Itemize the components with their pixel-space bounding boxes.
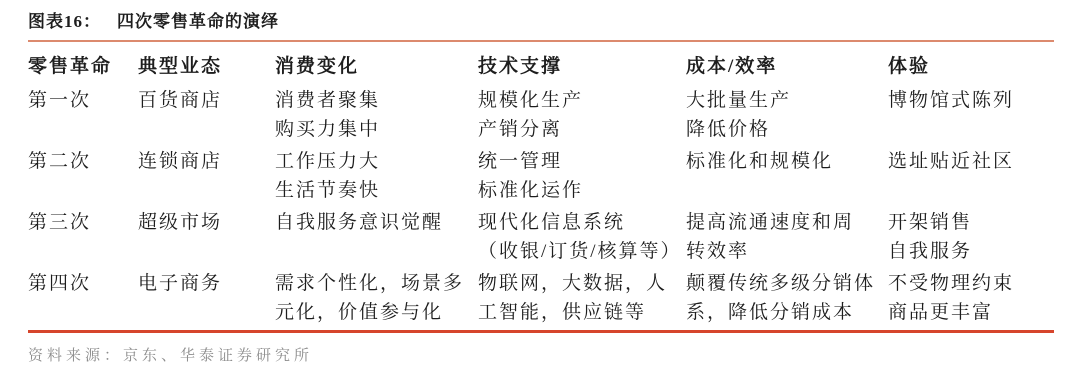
table-cell: 第一次 [28,86,138,144]
column-header-technology: 技术支撑 [478,52,686,81]
table-cell: 自我服务意识觉醒 [275,208,478,266]
table-cell: 不受物理约束 商品更丰富 [888,269,1054,327]
table-cell: 开架销售 自我服务 [888,208,1054,266]
table-cell: 第三次 [28,208,138,266]
source-text: 京东、华泰证券研究所 [123,348,313,364]
table-cell: 百货商店 [138,86,275,144]
report-figure: 图表16： 四次零售革命的演绎 零售革命 典型业态 消费变化 技术支撑 成本/效… [0,0,1080,375]
table-cell: 第二次 [28,147,138,205]
table-cell: 连锁商店 [138,147,275,205]
source-label: 资料来源： [28,348,123,364]
table-cell: 博物馆式陈列 [888,86,1054,144]
bottom-divider [28,330,1054,333]
figure-number-label: 图表16： [28,10,101,34]
table-row: 第三次 超级市场 自我服务意识觉醒 现代化信息系统 （收银/订货/核算等） 提高… [28,208,1054,266]
table-cell: 规模化生产 产销分离 [478,86,686,144]
table-cell: 第四次 [28,269,138,327]
column-header-experience: 体验 [888,52,1054,81]
table-row: 第二次 连锁商店 工作压力大 生活节奏快 统一管理 标准化运作 标准化和规模化 … [28,147,1054,205]
column-header-cost: 成本/效率 [686,52,888,81]
table-row: 第一次 百货商店 消费者聚集 购买力集中 规模化生产 产销分离 大批量生产 降低… [28,86,1054,144]
source-note: 资料来源：京东、华泰证券研究所 [28,346,1054,367]
table-cell: 现代化信息系统 （收银/订货/核算等） [478,208,686,266]
table-cell: 物联网，大数据，人 工智能，供应链等 [478,269,686,327]
table-cell: 工作压力大 生活节奏快 [275,147,478,205]
title-divider [28,40,1054,42]
column-header-consumption: 消费变化 [275,52,478,81]
column-header-revolution: 零售革命 [28,52,138,81]
table-cell: 需求个性化，场景多 元化，价值参与化 [275,269,478,327]
table-cell: 选址贴近社区 [888,147,1054,205]
table-cell: 标准化和规模化 [686,147,888,205]
table-cell: 消费者聚集 购买力集中 [275,86,478,144]
table-cell: 超级市场 [138,208,275,266]
column-header-format: 典型业态 [138,52,275,81]
table-cell: 提高流通速度和周 转效率 [686,208,888,266]
figure-title: 图表16： 四次零售革命的演绎 [28,10,1054,34]
table-header-row: 零售革命 典型业态 消费变化 技术支撑 成本/效率 体验 [28,52,1054,81]
figure-title-text: 四次零售革命的演绎 [117,10,279,34]
table-cell: 电子商务 [138,269,275,327]
table-cell: 大批量生产 降低价格 [686,86,888,144]
table-row: 第四次 电子商务 需求个性化，场景多 元化，价值参与化 物联网，大数据，人 工智… [28,269,1054,327]
table-cell: 统一管理 标准化运作 [478,147,686,205]
table-cell: 颠覆传统多级分销体 系，降低分销成本 [686,269,888,327]
